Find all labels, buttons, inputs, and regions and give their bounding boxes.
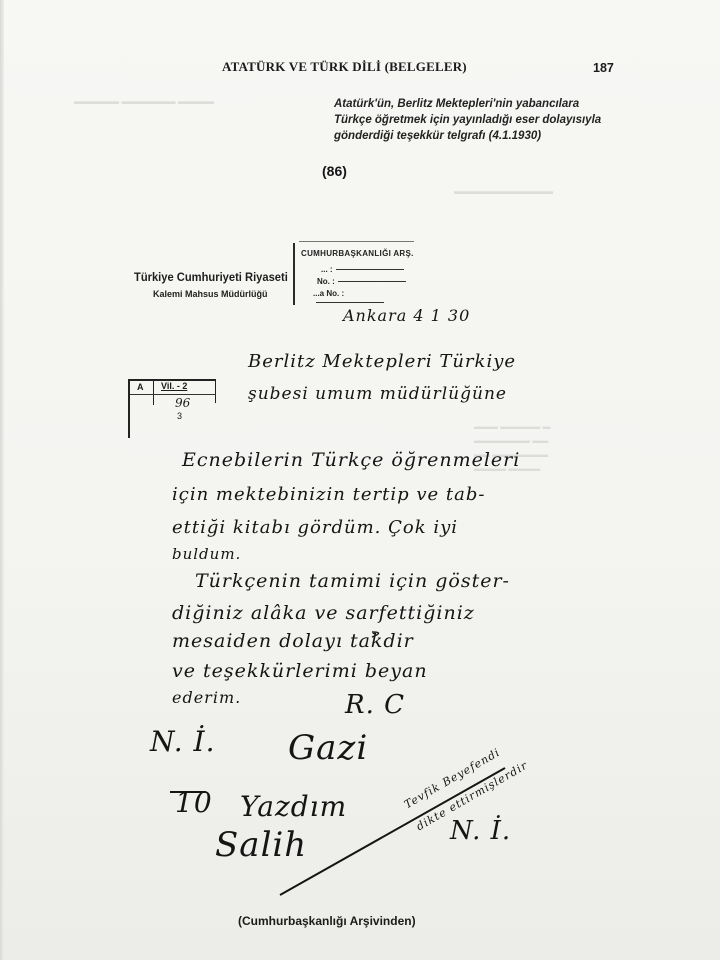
registry-entry: 3: [177, 411, 182, 421]
registry-col-a: A: [137, 382, 144, 392]
caption-line: Atatürk'ün, Berlitz Mektepleri'nin yaban…: [334, 96, 634, 112]
stamp-field-label: No. :: [317, 277, 335, 286]
initials-rc: R. C: [345, 690, 405, 720]
running-title: ATATÜRK VE TÜRK DİLİ (BELGELER): [222, 59, 467, 75]
annotation-number: 10: [175, 786, 213, 819]
handwritten-body-line: ederim.: [172, 688, 241, 707]
book-page: ▬▬▬▬▬ ▬▬▬▬▬▬ ▬▬▬▬ ▬▬▬▬▬▬▬▬▬▬▬ ▬▬▬ ▬▬▬▬▬ …: [4, 0, 720, 960]
handwritten-body-line: mesaiden dolayı takdir: [172, 630, 414, 652]
page-number: 187: [593, 61, 614, 75]
stamp-field: No. :: [317, 277, 417, 286]
handwritten-body-line: için mektebinizin tertip ve tab-: [172, 484, 485, 505]
stamp-field: ...a No. :: [313, 289, 413, 307]
stamp-field-label: ...a No. :: [313, 289, 344, 298]
handwritten-body-line: buldum.: [172, 545, 241, 563]
handwritten-body-line: ve teşekkürlerimi beyan: [172, 660, 428, 682]
handwritten-addressee-line: şubesi umum müdürlüğüne: [248, 384, 507, 404]
handwritten-body-line: ettiği kitabı gördüm. Çok iyi: [172, 517, 458, 538]
letterhead-title: Türkiye Cumhuriyeti Riyaseti: [134, 270, 288, 284]
registry-box: A Vil. - 2 96 3: [128, 379, 216, 438]
handwritten-body-line: diğiniz alâka ve sarfettiğiniz: [172, 602, 475, 624]
document-number: (86): [322, 163, 347, 179]
caption-line: gönderdiği teşekkür telgrafı (4.1.1930): [334, 128, 634, 144]
stamp-field: ... :: [321, 265, 421, 274]
handwritten-addressee-line: Berlitz Mektepleri Türkiye: [248, 351, 516, 372]
stamp-title: CUMHURBAŞKANLIĞI ARŞ.: [301, 249, 414, 258]
archive-stamp: CUMHURBAŞKANLIĞI ARŞ. ... : No. : ...a N…: [293, 243, 421, 305]
document-caption: Atatürk'ün, Berlitz Mektepleri'nin yaban…: [334, 96, 634, 144]
stamp-rule: [299, 241, 414, 242]
bleed-through-text: ▬▬▬▬▬▬▬▬▬▬▬: [454, 186, 553, 196]
gazi-signature: Gazi: [288, 728, 368, 768]
handwritten-body-line: Ecnebilerin Türkçe öğrenmeleri: [182, 449, 520, 471]
caption-line: Türkçe öğretmek için yayınladığı eser do…: [334, 112, 634, 128]
letterhead-subtitle: Kalemi Mahsus Müdürlüğü: [153, 289, 268, 299]
handwritten-body-line: Türkçenin tamimi için göster-: [195, 570, 510, 592]
source-note: (Cumhurbaşkanlığı Arşivinden): [238, 914, 416, 928]
registry-col-vil: Vil. - 2: [161, 381, 187, 391]
handwritten-place-date: Ankara 4 1 30: [343, 306, 470, 325]
annotation-ni-top: N. İ.: [150, 725, 215, 758]
registry-entry: 96: [175, 396, 190, 410]
salih-signature: Salih: [215, 825, 307, 865]
annotation-yazdim: Yazdım: [240, 790, 347, 823]
bleed-through-text: ▬▬▬▬▬ ▬▬▬▬▬▬ ▬▬▬▬: [74, 96, 214, 106]
side-note-initials: N. İ.: [450, 816, 511, 846]
stamp-field-label: ... :: [321, 265, 333, 274]
